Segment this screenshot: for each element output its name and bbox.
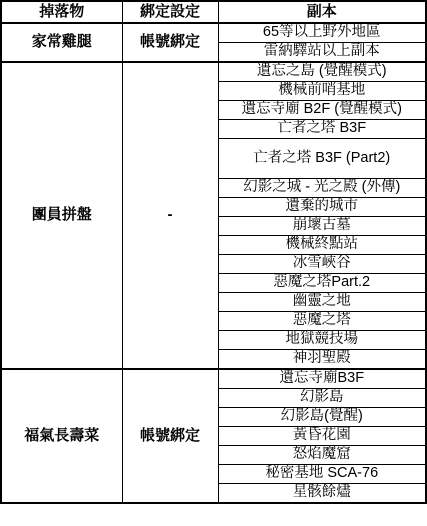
dungeon-cell: 雷納驛站以上副本 bbox=[218, 43, 426, 63]
table-header: 掉落物 綁定設定 副本 bbox=[1, 1, 426, 23]
dungeon-cell: 機械終點站 bbox=[218, 236, 426, 255]
dungeon-cell: 黃昏花園 bbox=[218, 427, 426, 446]
table-row: 家常雞腿帳號綁定65等以上野外地區 bbox=[1, 23, 426, 43]
dungeon-cell: 惡魔之塔 bbox=[218, 312, 426, 331]
dungeon-cell: 機械前哨基地 bbox=[218, 82, 426, 101]
table-row: 福氣長壽菜帳號綁定遺忘寺廟B3F bbox=[1, 369, 426, 389]
dungeon-cell: 幻影島(覺醒) bbox=[218, 408, 426, 427]
dungeon-cell: 遺忘寺廟 B2F (覺醒模式) bbox=[218, 101, 426, 120]
dungeon-cell: 地獄競技場 bbox=[218, 331, 426, 350]
item-cell: 福氣長壽菜 bbox=[1, 369, 122, 503]
table-body: 家常雞腿帳號綁定65等以上野外地區雷納驛站以上副本團員拼盤-遺忘之島 (覺醒模式… bbox=[1, 23, 426, 503]
page: 掉落物 綁定設定 副本 家常雞腿帳號綁定65等以上野外地區雷納驛站以上副本團員拼… bbox=[0, 0, 427, 526]
binding-cell: - bbox=[122, 62, 218, 369]
header-dungeon: 副本 bbox=[218, 1, 426, 23]
dungeon-cell: 怒焰魔窟 bbox=[218, 446, 426, 465]
dungeon-cell: 幽靈之地 bbox=[218, 293, 426, 312]
dungeon-cell: 遺忘之島 (覺醒模式) bbox=[218, 62, 426, 82]
binding-cell: 帳號綁定 bbox=[122, 23, 218, 62]
item-cell: 團員拼盤 bbox=[1, 62, 122, 369]
dungeon-cell: 亡者之塔 B3F (Part2) bbox=[218, 139, 426, 179]
dungeon-cell: 星骸餘燼 bbox=[218, 484, 426, 504]
dungeon-cell: 惡魔之塔Part.2 bbox=[218, 274, 426, 293]
dungeon-cell: 神羽聖殿 bbox=[218, 350, 426, 370]
drop-table: 掉落物 綁定設定 副本 家常雞腿帳號綁定65等以上野外地區雷納驛站以上副本團員拼… bbox=[0, 0, 427, 504]
dungeon-cell: 幻影島 bbox=[218, 389, 426, 408]
dungeon-cell: 崩壞古墓 bbox=[218, 217, 426, 236]
dungeon-cell: 幻影之城 - 光之殿 (外傳) bbox=[218, 179, 426, 198]
binding-cell: 帳號綁定 bbox=[122, 369, 218, 503]
dungeon-cell: 遺忘寺廟B3F bbox=[218, 369, 426, 389]
header-item: 掉落物 bbox=[1, 1, 122, 23]
header-row: 掉落物 綁定設定 副本 bbox=[1, 1, 426, 23]
header-binding: 綁定設定 bbox=[122, 1, 218, 23]
item-cell: 家常雞腿 bbox=[1, 23, 122, 62]
dungeon-cell: 秘密基地 SCA-76 bbox=[218, 465, 426, 484]
dungeon-cell: 遺棄的城市 bbox=[218, 198, 426, 217]
dungeon-cell: 冰雪峽谷 bbox=[218, 255, 426, 274]
dungeon-cell: 亡者之塔 B3F bbox=[218, 120, 426, 139]
dungeon-cell: 65等以上野外地區 bbox=[218, 23, 426, 43]
table-row: 團員拼盤-遺忘之島 (覺醒模式) bbox=[1, 62, 426, 82]
